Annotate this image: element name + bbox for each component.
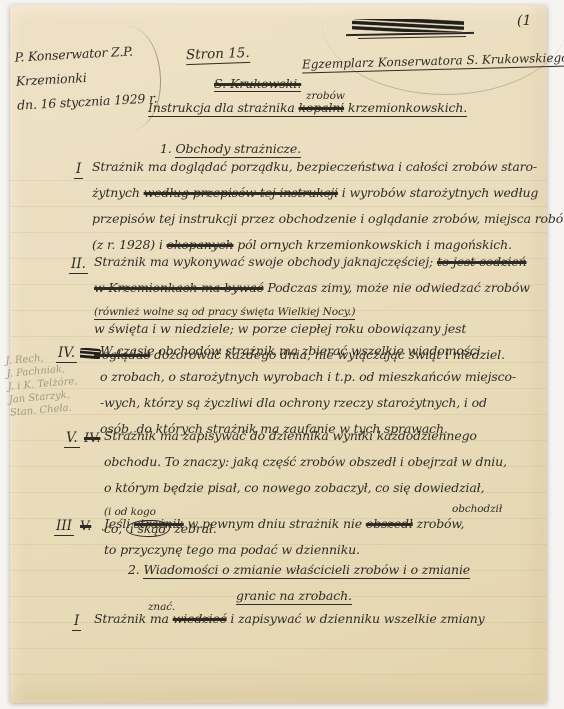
manuscript-line: Strażnik ma zapisywać do dziennika wynik… <box>104 428 507 454</box>
text-segment: Wiadomości o zmianie właścicieli zrobów … <box>143 562 470 579</box>
text-segment: Strażnik ma doglądać porządku, bezpiecze… <box>92 159 537 174</box>
text-segment: i wyrobów starożytnych według <box>338 185 538 200</box>
manuscript-line: Strażnik ma wykonywać swoje obchody jakn… <box>94 254 530 280</box>
struck-text: obszedł <box>366 516 413 531</box>
struck-text: okopanych <box>167 237 234 252</box>
manuscript-line: żytnych według przepisów tej instrukcji … <box>92 185 564 211</box>
manuscript-line: Strażnik ma wiedzieć i zapisywać w dzien… <box>94 611 485 637</box>
paragraph3-numeral: III <box>54 518 74 536</box>
text-segment: w pewnym dniu strażnik nie <box>184 516 366 531</box>
struck-text: to jest codzień <box>437 254 527 269</box>
manuscript-line: W czasie obchodów strażnik ma zbierać ws… <box>100 343 516 369</box>
crossed-numeral: V. <box>80 519 91 534</box>
text-segment: żytnych <box>92 185 144 200</box>
scribble-mark <box>352 19 464 32</box>
underline-stroke <box>358 36 466 39</box>
final-paragraph: Strażnik ma wiedzieć i zapisywać w dzien… <box>94 611 485 637</box>
struck-text: według przepisów tej instrukcji <box>144 185 338 200</box>
text-segment: Podczas zimy, może nie odwiedzać zrobów <box>264 280 530 295</box>
struck-text: kopalni <box>299 100 345 117</box>
text-segment: -wych, którzy są życzliwi dla ochrony rz… <box>100 395 487 410</box>
text-segment: W czasie obchodów strażnik ma zbierać ws… <box>100 343 481 358</box>
text-segment: to przyczynę tego ma podać w dzienniku. <box>104 542 360 557</box>
paragraph-3: Jeśli strażnik w pewnym dniu strażnik ni… <box>104 516 464 568</box>
paragraph5-numeral: V. <box>64 430 80 448</box>
text-segment: i zapisywać w dzienniku wszelkie zmiany <box>227 611 485 626</box>
text-segment: obchodu. To znaczy: jaką część zrobów ob… <box>104 454 507 469</box>
text-segment: Krzemionki <box>15 70 86 89</box>
crossed-numeral: IV. <box>84 431 100 446</box>
scratched-out-word <box>352 17 472 41</box>
text-segment: przepisów tej instrukcji przez obchodzen… <box>92 211 564 226</box>
text-segment: Obchody strażnicze. <box>175 141 300 158</box>
struck-text: w Krzemionkach ma bywać <box>94 280 264 295</box>
text-segment: J. Rech, <box>5 353 44 367</box>
header-block: P. Konserwator Z.P.Krzemionkidn. 16 styc… <box>14 42 158 121</box>
manuscript-line: Instrukcja dla strażnika kopalni krzemio… <box>148 100 467 126</box>
manuscript-line: w Krzemionkach ma bywać Podczas zimy, mo… <box>94 280 530 306</box>
manuscript-line: obchodu. To znaczy: jaką część zrobów ob… <box>104 454 507 480</box>
text-segment: Strażnik ma <box>94 611 173 626</box>
text-segment: krzemionkowskich. <box>344 100 467 117</box>
text-segment: Strażnik ma wykonywać swoje obchody jakn… <box>94 254 437 269</box>
manuscript-line: Strażnik ma doglądać porządku, bezpiecze… <box>92 159 564 185</box>
text-segment: zrobów, <box>413 516 465 531</box>
page-number: (1 <box>517 13 531 29</box>
struck-text: strażnik <box>134 516 184 531</box>
text-segment: (z r. 1928) i <box>92 237 167 252</box>
text-segment: granic na zrobach. <box>236 588 352 605</box>
text-segment: pól ornych krzemionkowskich i magońskich… <box>233 237 511 252</box>
struck-text: wiedzieć <box>173 611 227 626</box>
manuscript-line: Jeśli strażnik w pewnym dniu strażnik ni… <box>104 516 464 542</box>
text-segment: o zrobach, o starożytnych wyrobach i t.p… <box>100 369 516 384</box>
text-segment: Strażnik ma zapisywać do dziennika wynik… <box>104 428 477 443</box>
scribbled-old-numeral <box>80 348 100 359</box>
manuscript-line: 2. Wiadomości o zmianie właścicieli zrob… <box>128 562 470 588</box>
manuscript-line: -wych, którzy są życzliwi dla ochrony rz… <box>100 395 516 421</box>
manuscript-line: o którym będzie pisał, co nowego zobaczy… <box>104 480 507 506</box>
manuscript-line: (również wolne są od pracy święta Wielki… <box>94 306 530 321</box>
paragraph2-numeral: II. <box>69 256 88 274</box>
text-segment: Jeśli <box>104 516 134 531</box>
paragraph1-numeral: I <box>74 161 83 179</box>
document-title: Instrukcja dla strażnika kopalni krzemio… <box>148 100 467 126</box>
manuscript-line: przepisów tej instrukcji przez obchodzen… <box>92 211 564 237</box>
manuscript-line: o zrobach, o starożytnych wyrobach i t.p… <box>100 369 516 395</box>
text-segment: o którym będzie pisał, co nowego zobaczy… <box>104 480 484 495</box>
paragraph-1: Strażnik ma doglądać porządku, bezpiecze… <box>92 159 564 263</box>
crossed-out-name: S. Krukowski. <box>214 76 301 92</box>
text-segment: 2. <box>128 562 143 577</box>
text-segment: 1. <box>160 141 175 156</box>
final-paragraph-numeral: I <box>72 613 81 631</box>
text-segment: w święta i w niedziele; w porze ciepłej … <box>94 321 466 336</box>
text-segment: (również wolne są od pracy święta Wielki… <box>94 306 355 320</box>
section2-heading: 2. Wiadomości o zmianie właścicieli zrob… <box>128 562 470 614</box>
page-count-note: Stron 15. <box>186 45 250 65</box>
margin-name-list: J. Rech,J. Pachniak,J. i K. Telżóre,Jan … <box>5 350 80 421</box>
text-segment: Instrukcja dla strażnika <box>148 100 299 117</box>
